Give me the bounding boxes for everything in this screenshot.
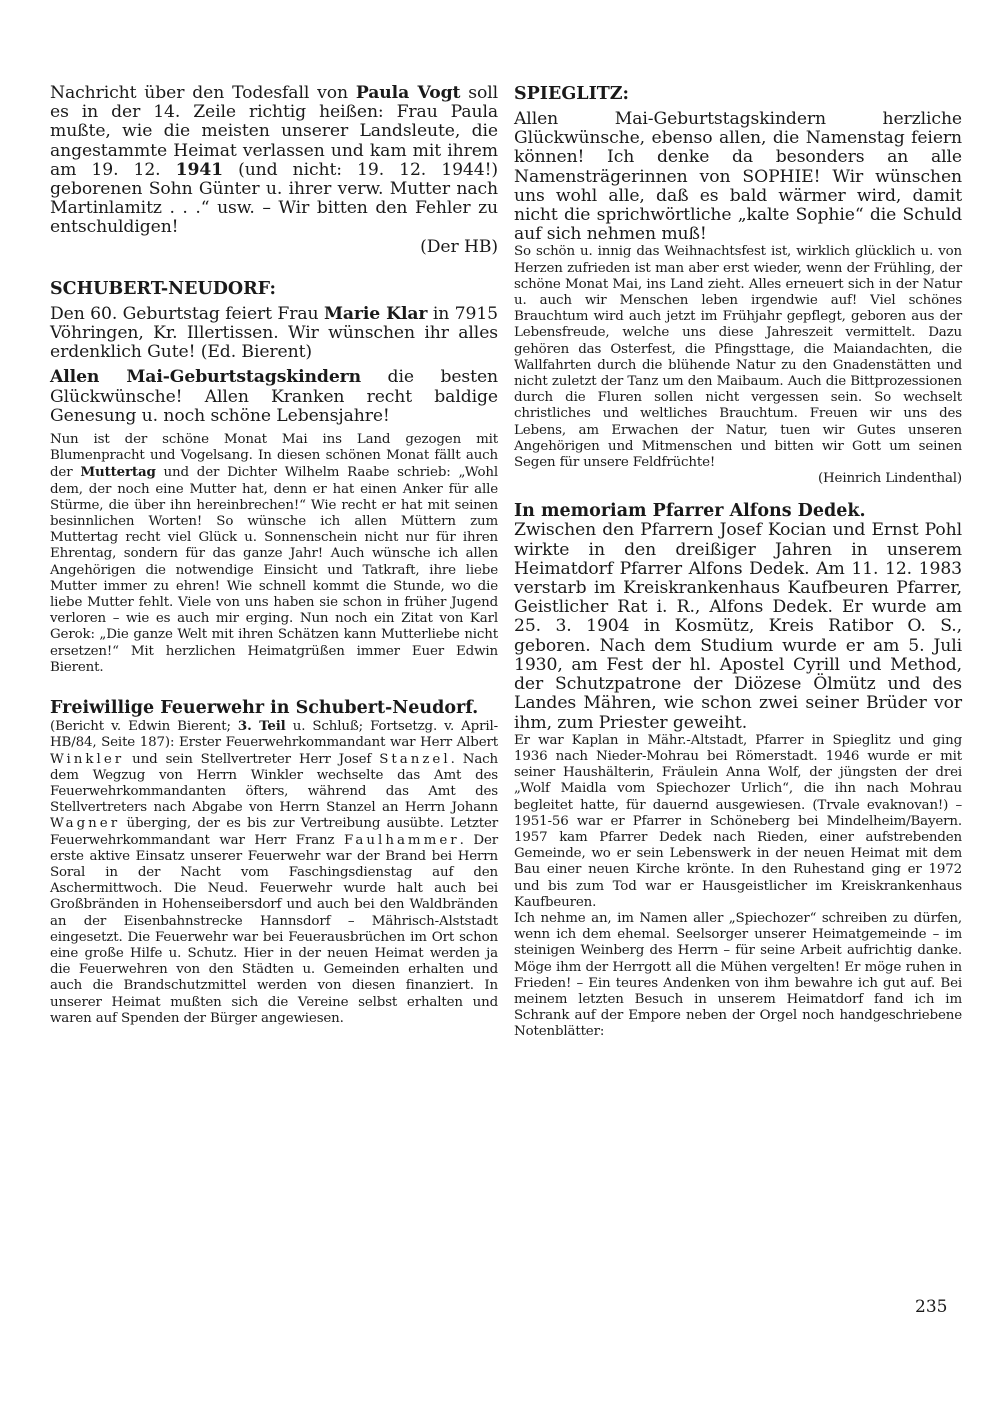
section-heading-spieglitz: SPIEGLITZ:: [514, 84, 962, 104]
page-number: 235: [915, 1297, 947, 1317]
right-column: SPIEGLITZ: Allen Mai-Geburtstagskindern …: [514, 84, 962, 1041]
feuerwehr-report: (Bericht v. Edwin Bierent; 3. Teil u. Sc…: [50, 718, 498, 1027]
may-birthday-wishes: Allen Mai-Geburtstagskindern die besten …: [50, 368, 498, 426]
memoriam-thanks: Ich nehme an, im Namen aller „Spiechozer…: [514, 911, 962, 1041]
spring-paragraph: So schön u. innig das Weihnachtsfest ist…: [514, 244, 962, 471]
correction-notice: Nachricht über den Todesfall von Paula V…: [50, 84, 498, 238]
section-heading-memoriam: In memoriam Pfarrer Alfons Dedek.: [514, 501, 962, 521]
birthday-notice: Den 60. Geburtstag feiert Frau Marie Kla…: [50, 305, 498, 363]
memoriam-career: Er war Kaplan in Mähr.-Altstadt, Pfarrer…: [514, 733, 962, 911]
mothers-day-paragraph: Nun ist der schöne Monat Mai ins Land ge…: [50, 432, 498, 676]
spieglitz-wishes: Allen Mai-Geburtstagskindern herzliche G…: [514, 110, 962, 244]
memoriam-intro: Zwischen den Pfarrern Josef Kocian und E…: [514, 521, 962, 732]
section-heading-feuerwehr: Freiwillige Feuerwehr in Schubert-Neudor…: [50, 698, 498, 718]
section-heading-schubert-neudorf: SCHUBERT-NEUDORF:: [50, 279, 498, 299]
correction-signature: (Der HB): [50, 238, 498, 257]
spieglitz-signature: (Heinrich Lindenthal): [514, 471, 962, 487]
left-column: Nachricht über den Todesfall von Paula V…: [50, 84, 498, 1027]
